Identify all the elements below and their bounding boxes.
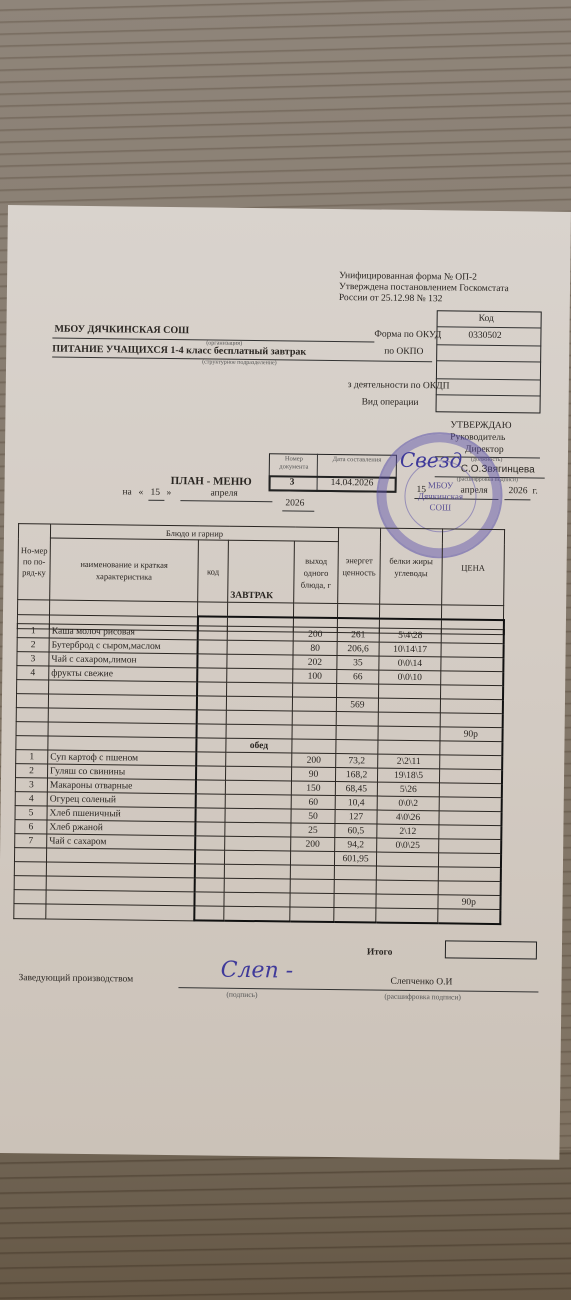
row-number: 1 xyxy=(17,624,49,638)
form-header-line3: России от 25.12.98 № 132 xyxy=(339,293,443,304)
dish-energy: 168,2 xyxy=(335,768,377,783)
dish-bju: 4\0\26 xyxy=(377,810,439,825)
header-yield: выход одного блюда, г xyxy=(294,541,339,604)
dish-yield: 200 xyxy=(293,627,337,642)
footer-name: Слепченко О.И xyxy=(390,977,452,988)
dish-yield: 200 xyxy=(292,753,336,768)
dish-bju: 0\0\14 xyxy=(379,656,441,671)
approval-year: 2026 xyxy=(508,486,527,496)
header-section-breakfast: ЗАВТРАК xyxy=(228,540,295,603)
menu-table: Но-мер по по-ряд-ку Блюдо и гарнир энерг… xyxy=(17,523,506,635)
document-date: 14.04.2026 xyxy=(331,478,374,489)
row-number: 1 xyxy=(16,750,48,764)
lunch-total-energy: 601,95 xyxy=(334,852,376,867)
header-name: наименование и краткая характеристика xyxy=(50,538,199,602)
row-number: 7 xyxy=(15,834,47,848)
stamp-line2: Дячкинская xyxy=(418,491,463,503)
okud-value: 0330502 xyxy=(468,331,501,341)
division-caption: (структурное подразделение) xyxy=(202,359,277,366)
manager-signature: Слеп - xyxy=(221,958,294,984)
dish-bju: 0\0\25 xyxy=(377,838,439,853)
document-date-header: Дата составления xyxy=(319,456,395,465)
dish-yield: 60 xyxy=(291,795,335,810)
document-day: 15 xyxy=(150,488,160,498)
on-prefix: на xyxy=(122,487,131,497)
dish-energy: 73,2 xyxy=(336,754,378,769)
lunch-section-label: обед xyxy=(226,738,292,753)
approval-title: УТВЕРЖДАЮ xyxy=(450,420,511,431)
dish-energy: 261 xyxy=(337,628,379,643)
document-year: 2026 xyxy=(285,498,304,508)
document-title: ПЛАН - МЕНЮ xyxy=(171,475,252,488)
stamp-line3: СОШ xyxy=(429,502,451,513)
dish-yield: 90 xyxy=(291,767,335,782)
header-price: ЦЕНА xyxy=(442,529,505,606)
dish-energy: 68,45 xyxy=(335,782,377,797)
header-number: Но-мер по по-ряд-ку xyxy=(18,524,51,600)
footer-role: Заведующий производством xyxy=(18,973,133,984)
breakfast-price: 90р xyxy=(440,727,502,742)
organization-name: МБОУ ДЯЧКИНСКАЯ СОШ xyxy=(54,324,189,337)
row-number: 2 xyxy=(17,638,49,652)
row-number: 6 xyxy=(15,820,47,834)
document-number: 3 xyxy=(290,477,295,487)
dish-yield: 202 xyxy=(293,655,337,670)
footer-signature-caption: (подпись) xyxy=(226,990,257,999)
dish-bju: 19\18\5 xyxy=(377,768,439,783)
dish-yield: 80 xyxy=(293,641,337,656)
row-number: 4 xyxy=(15,792,47,806)
dish-yield: 200 xyxy=(291,837,335,852)
dish-energy: 127 xyxy=(335,810,377,825)
dish-bju: 10\14\17 xyxy=(379,642,441,657)
header-bju: белки жиры углеводы xyxy=(380,528,443,605)
wood-table-surface xyxy=(0,1150,571,1300)
approval-year-suffix: г. xyxy=(532,486,537,496)
stamp-line1: МБОУ xyxy=(428,480,454,491)
row-number: 2 xyxy=(16,764,48,778)
okud-label: Форма по ОКУД xyxy=(374,329,441,340)
okpo-label: по ОКПО xyxy=(384,347,423,357)
row-number: 4 xyxy=(17,666,49,680)
dish-yield: 50 xyxy=(291,809,335,824)
document-month: апреля xyxy=(210,488,237,498)
dish-energy: 60,5 xyxy=(335,824,377,839)
total-value-box xyxy=(445,940,537,959)
dish-bju: 2\12 xyxy=(377,824,439,839)
breakfast-total-energy: 569 xyxy=(336,698,378,713)
dish-energy: 35 xyxy=(337,656,379,671)
total-label: Итого xyxy=(367,947,393,957)
operation-type-label: Вид операции xyxy=(362,397,419,408)
dish-bju: 5\4\28 xyxy=(379,628,441,643)
menu-plan-document: Унифицированная форма № ОП-2 Утверждена … xyxy=(0,205,571,1160)
dish-bju: 0\0\2 xyxy=(377,796,439,811)
row-number: 3 xyxy=(17,652,49,666)
dish-yield: 100 xyxy=(293,669,337,684)
footer-name-caption: (расшифровка подписи) xyxy=(384,992,461,1002)
dish-yield: 150 xyxy=(291,781,335,796)
codes-header: Код xyxy=(479,314,494,324)
dish-energy: 206,6 xyxy=(337,642,379,657)
lunch-price: 90р xyxy=(438,895,500,910)
document-number-header: Номер документа xyxy=(271,455,317,472)
dish-energy: 94,2 xyxy=(335,838,377,853)
dish-bju: 5\26 xyxy=(377,782,439,797)
menu-table-body: 1Каша молоч рисовая2002615\4\282Бутербро… xyxy=(13,623,504,925)
header-code: код xyxy=(198,540,229,602)
director-signature: Свезд xyxy=(400,448,463,473)
dish-yield: 25 xyxy=(291,823,335,838)
dish-bju: 2\2\11 xyxy=(378,754,440,769)
dish-bju: 0\0\10 xyxy=(379,670,441,685)
row-number: 3 xyxy=(15,778,47,792)
dish-energy: 66 xyxy=(337,670,379,685)
form-header-line2: Утверждена постановлением Госкомстата xyxy=(339,282,509,294)
okdp-label: з деятельности по ОКДП xyxy=(348,380,450,391)
row-number: 5 xyxy=(15,806,47,820)
header-energy: энергет ценность xyxy=(338,528,381,605)
division-name: ПИТАНИЕ УЧАЩИХСЯ 1-4 класс бесплатный за… xyxy=(52,344,306,358)
dish-energy: 10,4 xyxy=(335,796,377,811)
form-header-line1: Унифицированная форма № ОП-2 xyxy=(339,271,477,283)
